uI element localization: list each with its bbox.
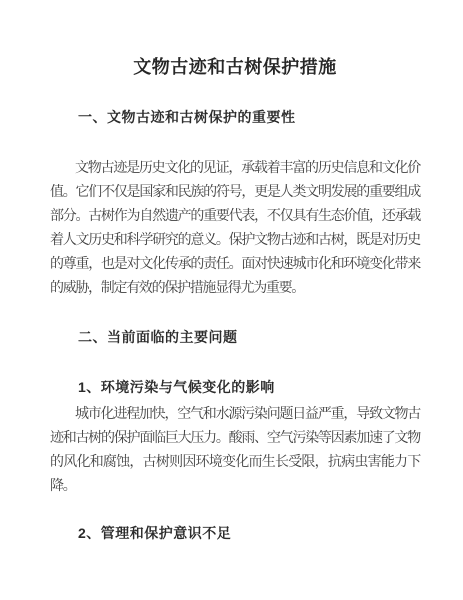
paragraph-importance: 文物古迹是历史文化的见证，承载着丰富的历史信息和文化价值。它们不仅是国家和民族的… [50,157,420,301]
section-heading-importance: 一、文物古迹和古树保护的重要性 [78,107,420,127]
page-title: 文物古迹和古树保护措施 [50,56,420,78]
subsection-heading-management: 2、管理和保护意识不足 [78,523,420,543]
section-heading-problems: 二、当前面临的主要问题 [78,327,420,347]
subsection-heading-pollution: 1、环境污染与气候变化的影响 [78,377,420,397]
paragraph-pollution: 城市化进程加快，空气和水源污染问题日益严重，导致文物古迹和古树的保护面临巨大压力… [50,403,420,499]
document-page: 文物古迹和古树保护措施 一、文物古迹和古树保护的重要性 文物古迹是历史文化的见证… [0,0,463,600]
